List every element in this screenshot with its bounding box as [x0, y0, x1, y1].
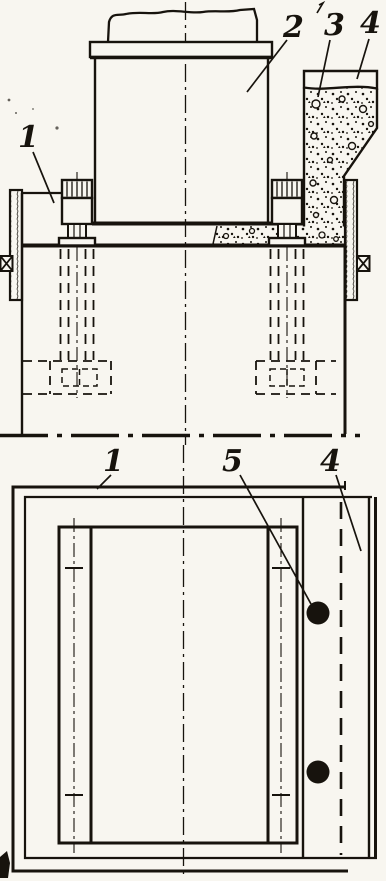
formwork-clamp-right: [357, 256, 370, 271]
callout-label-1: 1: [103, 445, 124, 479]
callout-label-4: 4: [320, 445, 341, 479]
leader-line-5: [240, 475, 311, 604]
plan-callouts: 1 5 4: [97, 445, 361, 604]
foundation-plan-inner-line: [25, 497, 377, 858]
formwork-board-right: [345, 180, 370, 300]
drawing-sheet: 1 2 3 4: [0, 0, 386, 881]
concrete-funnel: [304, 71, 377, 227]
bolt-boss: [62, 198, 92, 224]
formwork-column: [303, 497, 376, 858]
anchor-plate-hidden: [256, 361, 336, 394]
plan-view: 1 5 4: [0, 445, 386, 881]
bolt-washer: [59, 238, 95, 246]
formwork-board-left: [1, 190, 23, 300]
base-plate-plan: [59, 518, 297, 853]
leader-tick-3: [317, 3, 323, 13]
funnel-top-board: [304, 71, 377, 89]
callout-label-5: 5: [222, 445, 243, 479]
leader-line-1: [33, 152, 54, 203]
callout-label-1: 1: [18, 120, 39, 155]
formwork-clamp-left: [1, 256, 13, 271]
bolt-stem: [68, 224, 86, 238]
bolt-stem: [278, 224, 296, 238]
bolt-center-crosses: [65, 568, 290, 795]
anchor-plate-hidden: [23, 361, 111, 394]
pour-hole-bottom: [307, 761, 330, 784]
callout-label-2: 2: [282, 10, 304, 45]
pour-hole-top: [307, 602, 330, 625]
machine-top-break-line: [108, 9, 257, 42]
callout-label-3: 3: [324, 8, 345, 43]
foundation-plan-outline: [13, 481, 377, 871]
anchor-bolt-left: [23, 172, 111, 398]
bolt-boss: [272, 198, 302, 224]
scan-blob: [0, 851, 10, 878]
machine-flange: [90, 42, 272, 57]
callout-label-4: 4: [360, 6, 381, 41]
bolt-washer: [269, 238, 305, 246]
elevation-view: 1 2 3 4: [0, 0, 386, 445]
